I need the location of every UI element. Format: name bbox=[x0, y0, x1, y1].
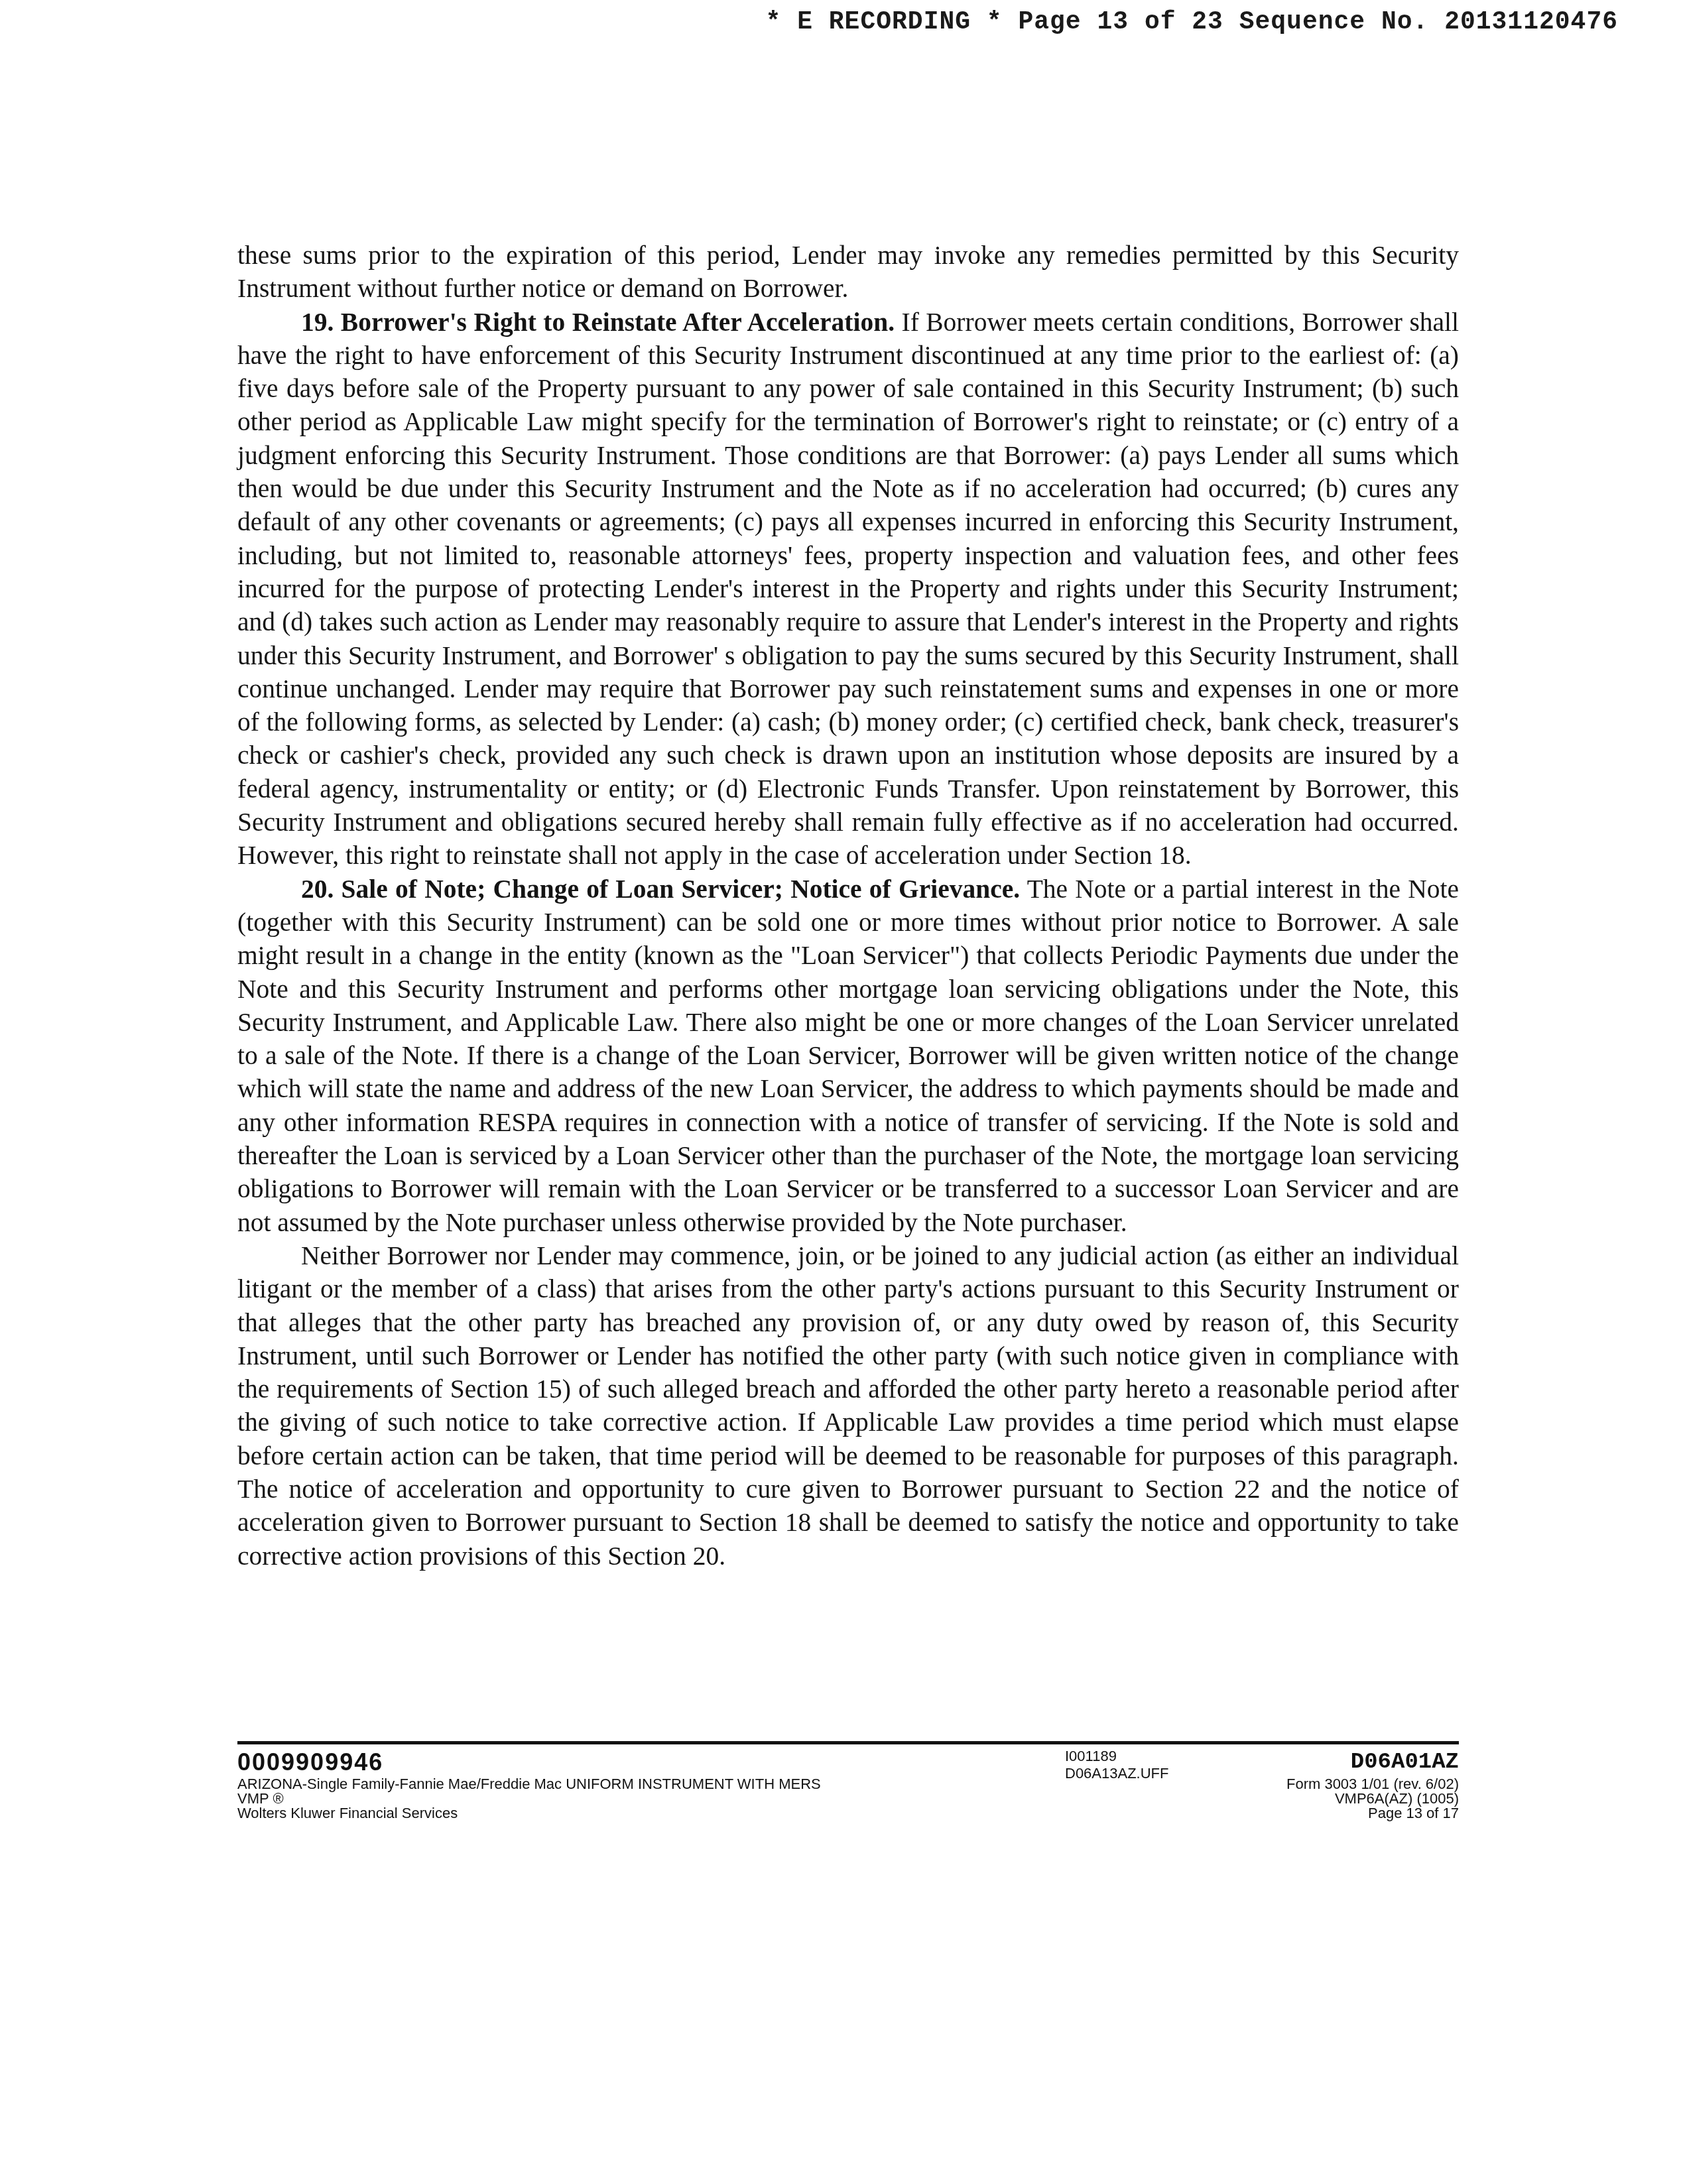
document-body: these sums prior to the expiration of th… bbox=[237, 239, 1459, 1573]
paragraph-continuation: these sums prior to the expiration of th… bbox=[237, 239, 1459, 306]
form-title: ARIZONA-Single Family-Fannie Mae/Freddie… bbox=[237, 1777, 821, 1791]
form-number: Form 3003 1/01 (rev. 6/02) bbox=[1286, 1777, 1459, 1791]
doc-id: I001189 bbox=[1065, 1749, 1169, 1764]
vmp-code: VMP6A(AZ) (1005) bbox=[1286, 1791, 1459, 1806]
file-name: D06A13AZ.UFF bbox=[1065, 1766, 1169, 1781]
footer-left: 0009909946 ARIZONA-Single Family-Fannie … bbox=[237, 1748, 821, 1821]
section-20-paragraph: 20. Sale of Note; Change of Loan Service… bbox=[237, 873, 1459, 1239]
section-19-text: If Borrower meets certain conditions, Bo… bbox=[237, 308, 1459, 871]
section-20-grievance-paragraph: Neither Borrower nor Lender may commence… bbox=[237, 1239, 1459, 1573]
recording-stamp-header: * E RECORDING * Page 13 of 23 Sequence N… bbox=[766, 8, 1618, 36]
page-label: Page 13 of 17 bbox=[1286, 1806, 1459, 1821]
footer-divider bbox=[237, 1741, 1459, 1744]
section-19-heading: 19. Borrower's Right to Reinstate After … bbox=[301, 308, 895, 337]
section-19-paragraph: 19. Borrower's Right to Reinstate After … bbox=[237, 306, 1459, 873]
footer-right: D06A01AZ Form 3003 1/01 (rev. 6/02) VMP6… bbox=[1286, 1748, 1459, 1821]
paragraph-text: these sums prior to the expiration of th… bbox=[237, 241, 1459, 303]
page-footer: 0009909946 ARIZONA-Single Family-Fannie … bbox=[237, 1748, 1459, 1834]
footer-middle: I001189 D06A13AZ.UFF bbox=[1065, 1749, 1169, 1781]
section-20-text: The Note or a partial interest in the No… bbox=[237, 875, 1459, 1237]
section-20-heading: 20. Sale of Note; Change of Loan Service… bbox=[301, 875, 1020, 904]
publisher: Wolters Kluwer Financial Services bbox=[237, 1806, 821, 1821]
vmp-mark: VMP ® bbox=[237, 1791, 821, 1806]
loan-number: 0009909946 bbox=[237, 1748, 821, 1777]
form-code: D06A01AZ bbox=[1286, 1748, 1459, 1777]
grievance-text: Neither Borrower nor Lender may commence… bbox=[237, 1241, 1459, 1571]
